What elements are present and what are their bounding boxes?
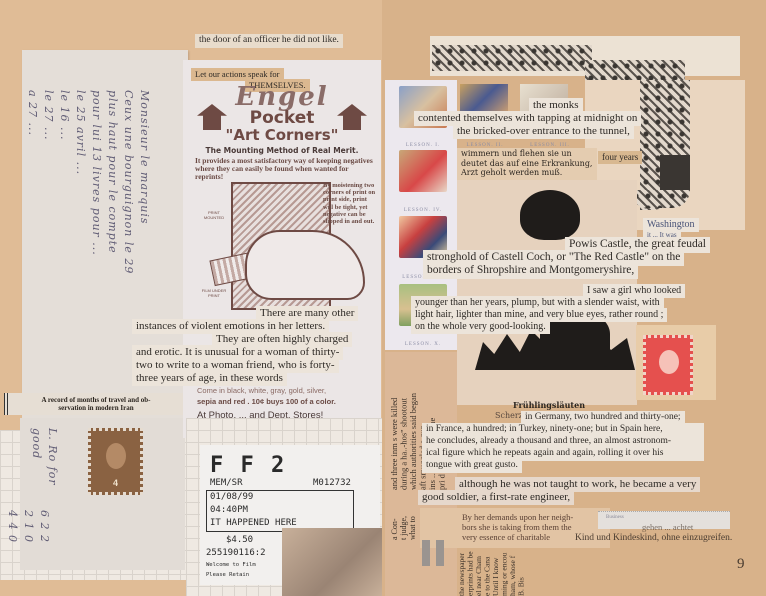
page-number: 9 bbox=[737, 556, 745, 573]
clipping-door-officer: the door of an officer he did not like. bbox=[195, 34, 343, 48]
dark-square bbox=[660, 155, 690, 190]
caption-line: A record of months of travel and ob- bbox=[8, 396, 184, 404]
ticket-id-right: M012732 bbox=[313, 478, 351, 488]
stamp-portrait bbox=[659, 350, 679, 374]
ticket-footer-2: Please Retain bbox=[206, 572, 249, 578]
label-print-mounted: PRINT MOUNTED bbox=[201, 210, 227, 220]
german-fragment: wimmern und flehen sie un deutet das auf… bbox=[457, 148, 597, 180]
illustration-hand bbox=[245, 230, 365, 300]
handwriting-line: Ceux une bourguignon le 29 bbox=[120, 90, 136, 350]
lesson-pic-ii bbox=[460, 84, 508, 114]
scherz-word: Scherz bbox=[495, 411, 523, 420]
ticket-date: 01/08/99 bbox=[210, 492, 253, 502]
lesson-picture bbox=[399, 150, 447, 192]
vertical-news-text-3: the newspaper erprints had be el near Ch… bbox=[458, 540, 526, 596]
monks-line-3: the bricked-over entrance to the tunnel, bbox=[453, 124, 634, 139]
ticket-code: F F 2 bbox=[210, 453, 286, 478]
label-film-under: FILM UNDER PRINT bbox=[201, 288, 227, 298]
german-bottom-line-2: Kind und Kindeskind, ohne einzugreifen. bbox=[575, 533, 732, 543]
photo-fragment-foot bbox=[282, 528, 382, 596]
lesson-caption: LESSON. IV. bbox=[393, 208, 453, 213]
handwriting-line: le 27 ... bbox=[40, 90, 56, 350]
handwriting-line: Monsieur le marquis bbox=[136, 90, 152, 350]
lesson-caption: LESSON. X. bbox=[393, 342, 453, 347]
ticket-footer-1: Welcome to Film bbox=[206, 562, 256, 568]
lesson-caption: LESSON. I. bbox=[393, 143, 453, 148]
germany-line-5: tongue with great gusto. bbox=[422, 459, 522, 473]
handwriting-line: 4 4 0 bbox=[4, 510, 20, 543]
neighbors-line-1: By her demands upon her neigh- bbox=[462, 512, 573, 522]
ad-tagline: The Mounting Method of Real Merit. bbox=[183, 146, 381, 155]
ad-body: It provides a most satisfactory way of k… bbox=[195, 157, 373, 181]
handwriting-lines: Monsieur le marquis Ceux une bourguignon… bbox=[24, 90, 152, 350]
lace-border-top bbox=[432, 45, 592, 71]
handwriting-line: 6 2 2 bbox=[36, 510, 52, 543]
ticket-price: $4.50 bbox=[226, 535, 253, 545]
german-line: wimmern und flehen sie un bbox=[461, 149, 593, 159]
handwriting-line: pour lui 13 livres pour ... bbox=[88, 90, 104, 350]
german-line: Arzt geholt werden muß. bbox=[461, 168, 593, 178]
ticket-serial: 255190116:2 bbox=[206, 548, 266, 558]
handwriting-line: 2 1 0 bbox=[20, 510, 36, 543]
gray-bars bbox=[422, 540, 448, 566]
news-line: t judge, bbox=[399, 490, 408, 540]
clipping-four-years: four years bbox=[598, 151, 642, 164]
vertical-news-text-2: a Con- t judge, what to bbox=[390, 490, 417, 540]
news-line: what to bbox=[408, 490, 417, 540]
handwriting-line: plus haut pour le compte bbox=[104, 90, 120, 350]
ticket-time: 04:40PM bbox=[210, 505, 248, 515]
german-line: deutet das auf eine Erkrankung, bbox=[461, 159, 593, 169]
postage-stamp-red bbox=[643, 335, 693, 395]
brand-pocket: Pocket bbox=[183, 108, 381, 128]
lace-arc-bottom bbox=[630, 190, 690, 208]
ad-colors-line-2: sepia and red . 10¢ buys 100 of a color. bbox=[197, 397, 336, 406]
handwriting-line: good bbox=[28, 428, 44, 486]
fruehling-title: Frühlingsläuten bbox=[513, 400, 585, 410]
german-bottom-line-1: gehen ... achtet bbox=[642, 522, 693, 532]
iran-caption: A record of months of travel and ob- ser… bbox=[4, 393, 184, 415]
brand-art-corners: "Art Corners" bbox=[183, 126, 381, 144]
ad-side-note: By moistening two corners of print on pr… bbox=[323, 182, 377, 225]
silhouette-cherub bbox=[520, 190, 580, 240]
business-label: Business bbox=[606, 515, 624, 520]
powis-line-3: borders of Shropshire and Montgomeryshir… bbox=[423, 263, 638, 279]
handwriting-line: a 27 ... bbox=[24, 90, 40, 350]
news-line: a Con- bbox=[390, 490, 399, 540]
handwriting-line: le 25 avril ... bbox=[72, 90, 88, 350]
ticket-title: IT HAPPENED HERE bbox=[210, 518, 297, 528]
news-line: B. Bis bbox=[518, 540, 527, 596]
handwriting-line: le 16 ... bbox=[56, 90, 72, 350]
letters-line-6: three years of age, in these words bbox=[132, 371, 287, 386]
stamp-value: 4 bbox=[91, 478, 140, 488]
stamp-portrait bbox=[106, 443, 126, 469]
ad-colors-line: Come in black, white, gray, gold, silver… bbox=[197, 386, 326, 395]
girl-line-4: on the whole very good-looking. bbox=[411, 320, 550, 334]
caption-line: servation in modern Iran bbox=[8, 404, 184, 412]
postage-stamp-brown: 4 bbox=[88, 428, 143, 495]
neighbors-line-2: bors she is taking from them the bbox=[462, 522, 572, 532]
ticket-id-left: MEM/SR bbox=[210, 478, 243, 488]
handwriting-line: L. Ro for bbox=[44, 428, 60, 486]
soldier-line-2: good soldier, a first-rate engineer, bbox=[418, 490, 574, 505]
